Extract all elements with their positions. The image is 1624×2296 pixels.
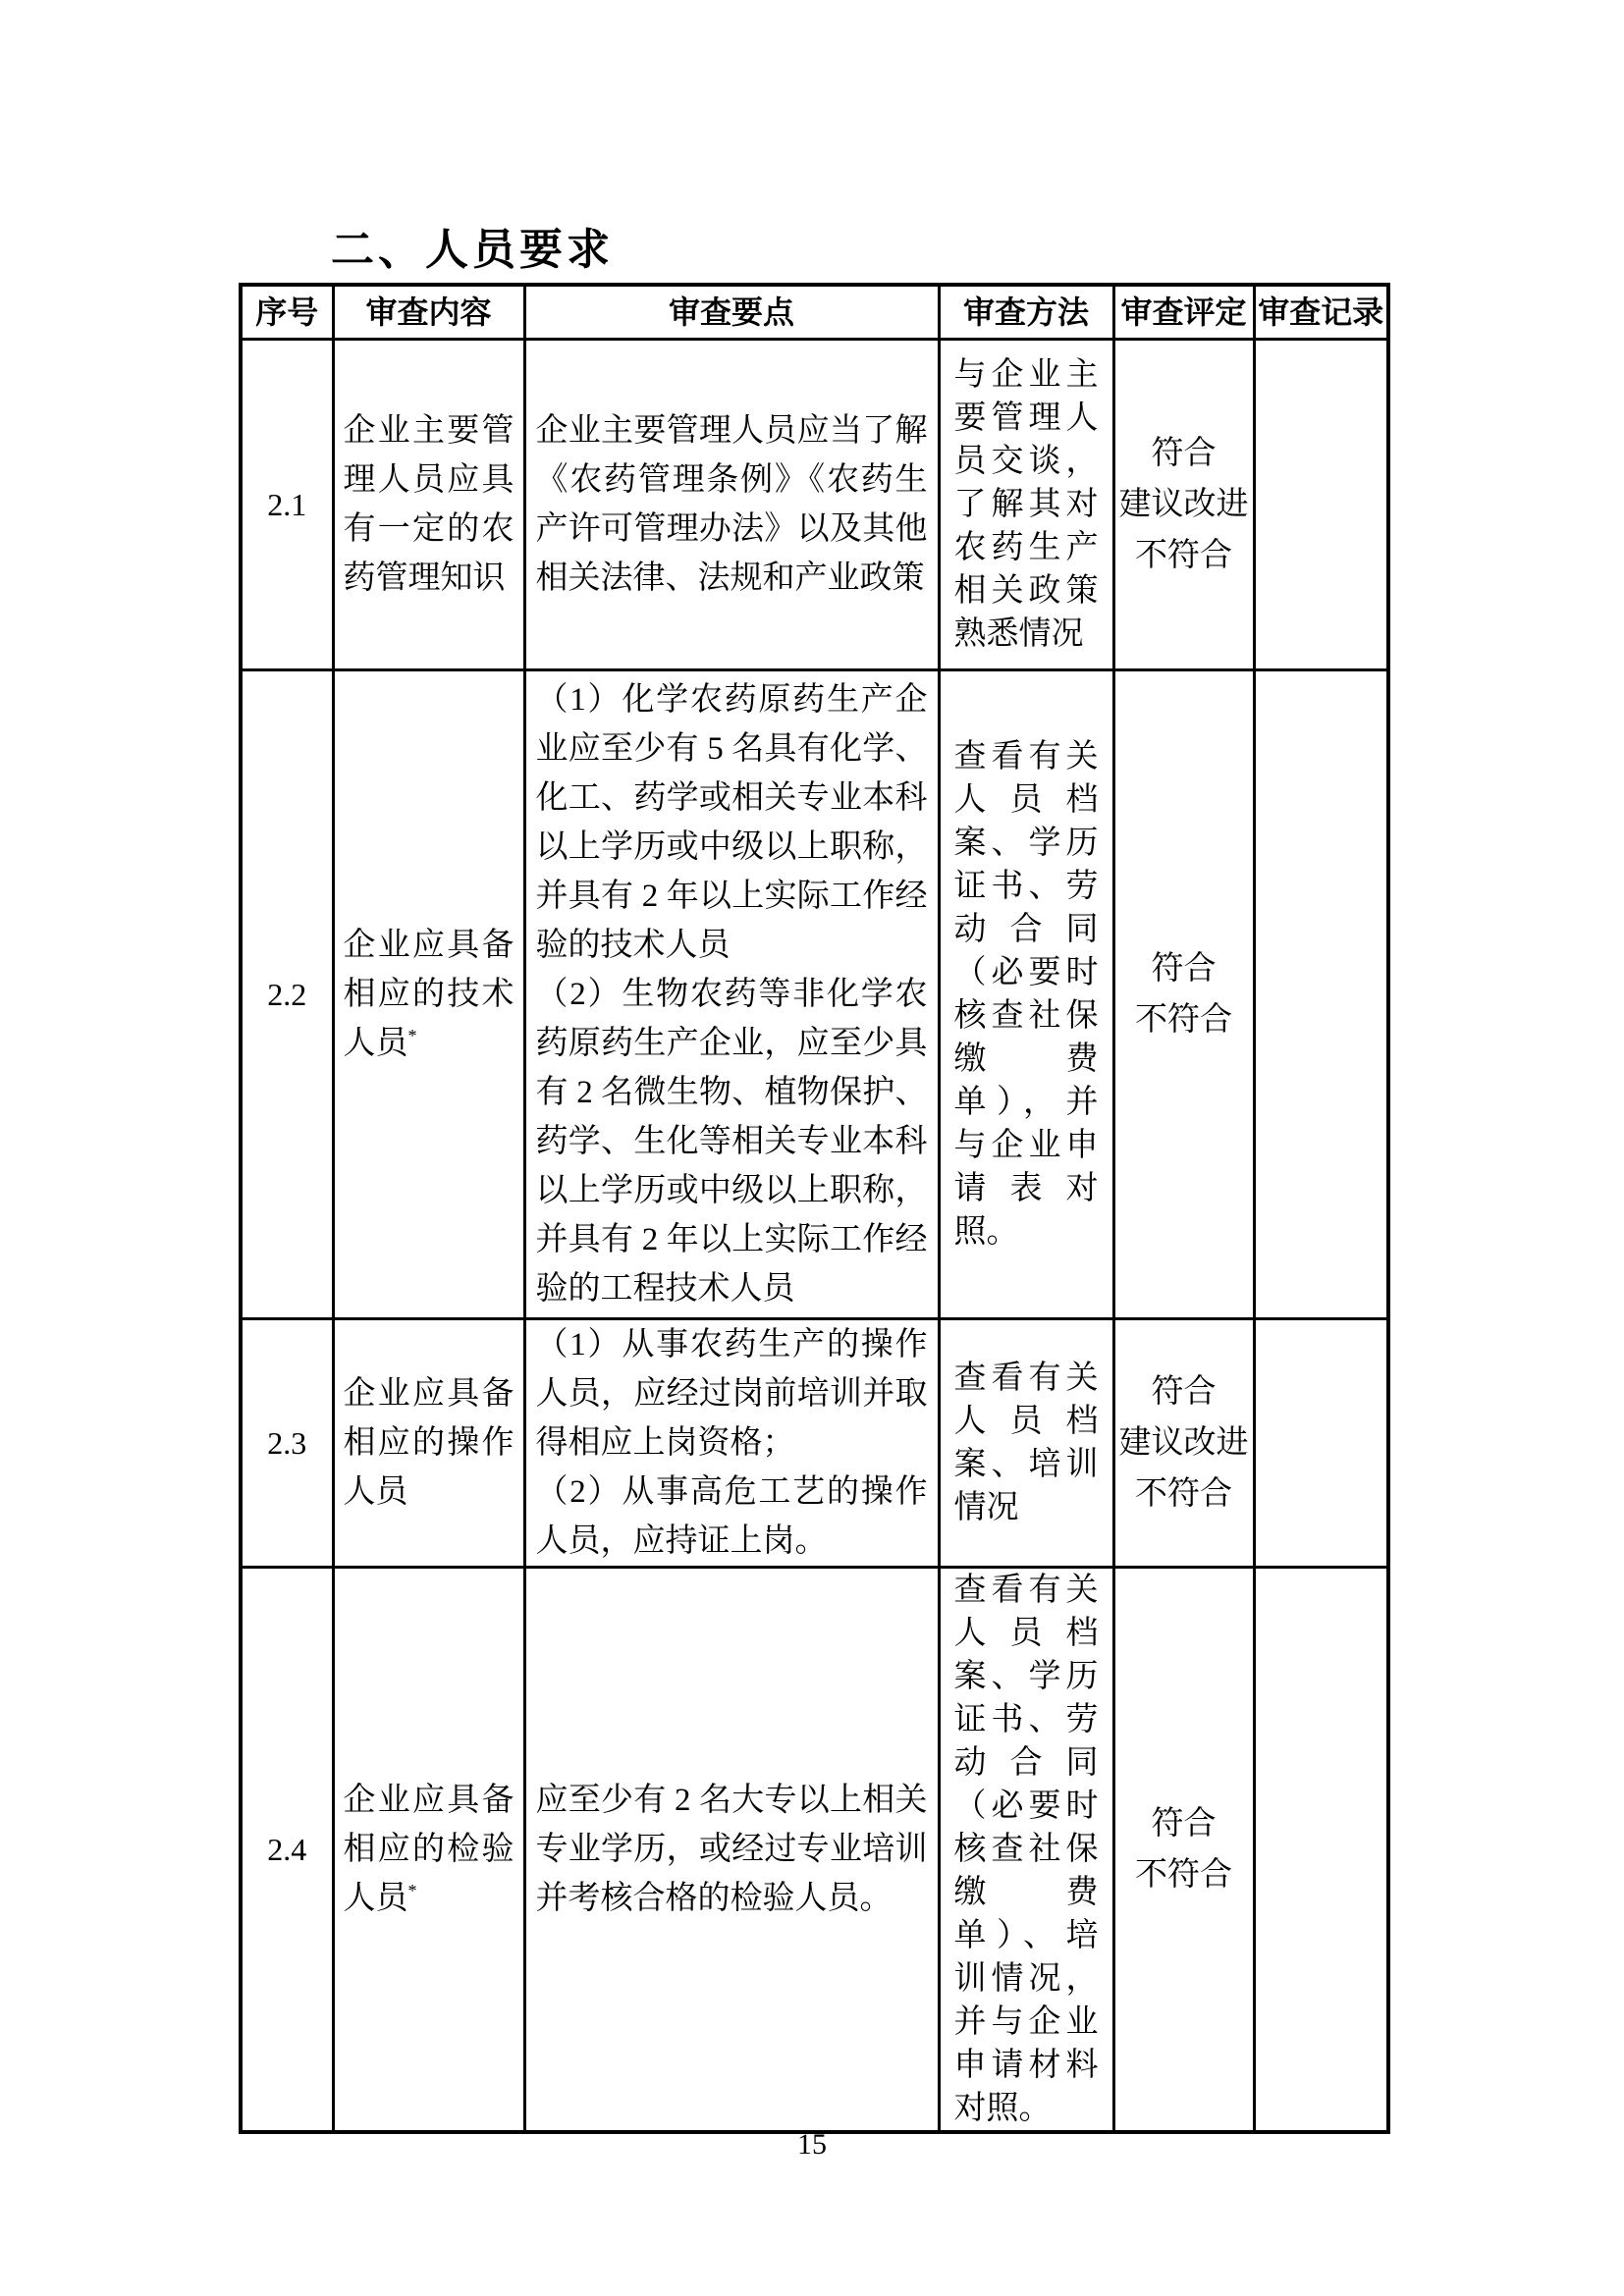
header-review-method: 审查方法 bbox=[939, 285, 1113, 339]
review-method-cell: 查看有关人员档案、学历证书、劳动合同（必要时核查社保缴费单），并与企业申请表对照… bbox=[939, 669, 1113, 1318]
table-row: 2.2 企业应具备相应的技术人员* （1）化学农药原药生产企业应至少有 5 名具… bbox=[241, 669, 1388, 1318]
review-points-cell: （1）化学农药原药生产企业应至少有 5 名具有化学、化工、药学或相关专业本科以上… bbox=[524, 669, 939, 1318]
review-method-cell: 查看有关人员档案、培训情况 bbox=[939, 1318, 1113, 1567]
review-method-cell: 查看有关人员档案、学历证书、劳动合同（必要时核查社保缴费单）、培训情况，并与企业… bbox=[939, 1567, 1113, 2132]
review-point-paragraph: （1）化学农药原药生产企业应至少有 5 名具有化学、化工、药学或相关专业本科以上… bbox=[536, 675, 928, 970]
header-review-record: 审查记录 bbox=[1254, 285, 1388, 339]
review-assessment-cell: 符合 建议改进 不符合 bbox=[1113, 1318, 1254, 1567]
table-row: 2.1 企业主要管理人员应具有一定的农药管理知识 企业主要管理人员应当了解《农药… bbox=[241, 339, 1388, 669]
assessment-option: 建议改进 bbox=[1115, 479, 1253, 530]
serial-number: 2.3 bbox=[241, 1318, 333, 1567]
review-record-cell bbox=[1254, 1318, 1388, 1567]
review-method-text: 查看有关人员档案、培训情况 bbox=[954, 1357, 1099, 1529]
review-points-cell: （1）从事农药生产的操作人员，应经过岗前培训并取得相应上岗资格； （2）从事高危… bbox=[524, 1318, 939, 1567]
assessment-option: 符合 bbox=[1115, 943, 1253, 994]
assessment-option: 不符合 bbox=[1115, 1468, 1253, 1520]
review-content-cell: 企业主要管理人员应具有一定的农药管理知识 bbox=[333, 339, 524, 669]
review-content-cell: 企业应具备相应的技术人员* bbox=[333, 669, 524, 1318]
table-row: 2.4 企业应具备相应的检验人员* 应至少有 2 名大专以上相关专业学历，或经过… bbox=[241, 1567, 1388, 2132]
review-assessment-cell: 符合 建议改进 不符合 bbox=[1113, 339, 1254, 669]
review-content-cell: 企业应具备相应的操作人员 bbox=[333, 1318, 524, 1567]
assessment-option: 不符合 bbox=[1115, 1849, 1253, 1900]
content-footnote-marker: * bbox=[408, 1881, 417, 1900]
serial-number: 2.2 bbox=[241, 669, 333, 1318]
review-point-paragraph: （2）从事高危工艺的操作人员，应持证上岗。 bbox=[536, 1468, 928, 1566]
review-content-text: 企业应具备相应的操作人员 bbox=[344, 1376, 514, 1510]
personnel-requirements-table: 序号 审查内容 审查要点 审查方法 审查评定 审查记录 2.1 企业主要管理人员… bbox=[239, 283, 1390, 2134]
assessment-option: 不符合 bbox=[1115, 530, 1253, 581]
assessment-option: 符合 bbox=[1115, 428, 1253, 479]
review-points-cell: 企业主要管理人员应当了解《农药管理条例》《农药生产许可管理办法》以及其他相关法律… bbox=[524, 339, 939, 669]
review-point-paragraph: 应至少有 2 名大专以上相关专业学历，或经过专业培训并考核合格的检验人员。 bbox=[536, 1776, 928, 1923]
review-content-text: 企业应具备相应的技术人员 bbox=[344, 928, 514, 1061]
review-point-paragraph: （1）从事农药生产的操作人员，应经过岗前培训并取得相应上岗资格； bbox=[536, 1320, 928, 1468]
review-assessment-cell: 符合 不符合 bbox=[1113, 669, 1254, 1318]
assessment-option: 符合 bbox=[1115, 1366, 1253, 1417]
review-method-cell: 与企业主要管理人员交谈，了解其对农药生产相关政策熟悉情况 bbox=[939, 339, 1113, 669]
section-title: 二、人员要求 bbox=[331, 214, 614, 277]
review-content-text: 企业主要管理人员应具有一定的农药管理知识 bbox=[344, 413, 514, 596]
review-method-text: 与企业主要管理人员交谈，了解其对农药生产相关政策熟悉情况 bbox=[954, 353, 1099, 656]
table-header-row: 序号 审查内容 审查要点 审查方法 审查评定 审查记录 bbox=[241, 285, 1388, 339]
review-record-cell bbox=[1254, 339, 1388, 669]
document-page: 二、人员要求 序号 审查内容 审查要点 审查方法 审查评定 审查记录 2.1 企… bbox=[0, 0, 1624, 2296]
header-serial-number: 序号 bbox=[241, 285, 333, 339]
review-point-paragraph: 企业主要管理人员应当了解《农药管理条例》《农药生产许可管理办法》以及其他相关法律… bbox=[536, 406, 928, 603]
review-content-cell: 企业应具备相应的检验人员* bbox=[333, 1567, 524, 2132]
assessment-option: 符合 bbox=[1115, 1798, 1253, 1849]
table-row: 2.3 企业应具备相应的操作人员 （1）从事农药生产的操作人员，应经过岗前培训并… bbox=[241, 1318, 1388, 1567]
review-points-cell: 应至少有 2 名大专以上相关专业学历，或经过专业培训并考核合格的检验人员。 bbox=[524, 1567, 939, 2132]
review-record-cell bbox=[1254, 669, 1388, 1318]
review-record-cell bbox=[1254, 1567, 1388, 2132]
review-assessment-cell: 符合 不符合 bbox=[1113, 1567, 1254, 2132]
header-review-assessment: 审查评定 bbox=[1113, 285, 1254, 339]
page-number: 15 bbox=[0, 2128, 1624, 2162]
serial-number: 2.1 bbox=[241, 339, 333, 669]
content-footnote-marker: * bbox=[408, 1026, 417, 1045]
review-method-text: 查看有关人员档案、学历证书、劳动合同（必要时核查社保缴费单），并与企业申请表对照… bbox=[954, 735, 1099, 1254]
review-method-text: 查看有关人员档案、学历证书、劳动合同（必要时核查社保缴费单）、培训情况，并与企业… bbox=[954, 1569, 1099, 2130]
review-content-text: 企业应具备相应的检验人员 bbox=[344, 1783, 514, 1916]
serial-number: 2.4 bbox=[241, 1567, 333, 2132]
assessment-option: 不符合 bbox=[1115, 994, 1253, 1045]
assessment-option: 建议改进 bbox=[1115, 1417, 1253, 1468]
header-review-points: 审查要点 bbox=[524, 285, 939, 339]
review-point-paragraph: （2）生物农药等非化学农药原药生产企业，应至少具有 2 名微生物、植物保护、药学… bbox=[536, 970, 928, 1313]
header-review-content: 审查内容 bbox=[333, 285, 524, 339]
